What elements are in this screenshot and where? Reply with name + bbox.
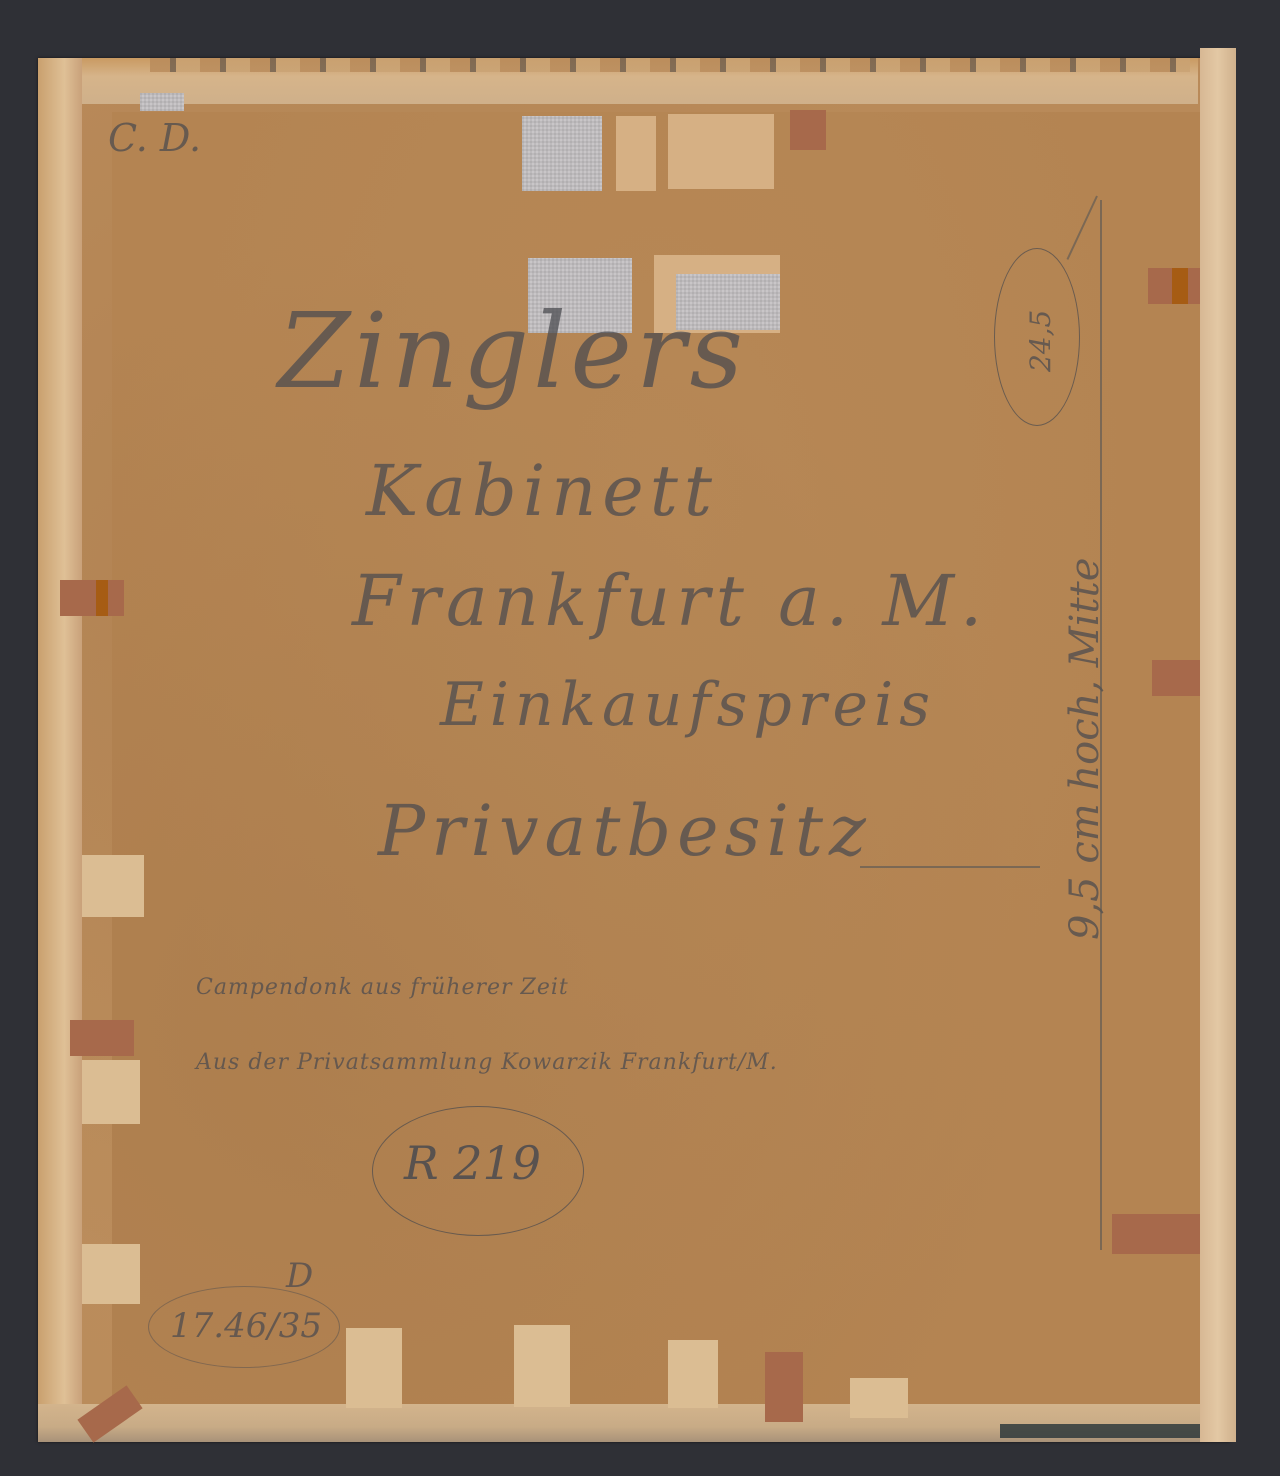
tape-residue-bottom-1	[346, 1328, 402, 1408]
brown-tape-right-3	[1112, 1214, 1200, 1254]
inscription-zinglers: Zinglers	[278, 290, 747, 412]
inscription-privatbesitz: Privatbesitz	[378, 790, 872, 872]
tape-residue-2	[668, 114, 774, 189]
left-edge	[38, 58, 82, 1442]
tape-residue-1	[616, 116, 656, 191]
top-edge-damage	[150, 58, 1190, 72]
gauze-tape-corner	[140, 93, 184, 111]
inscription-kabinett: Kabinett	[366, 450, 718, 532]
gauze-tape-1	[522, 116, 602, 191]
brown-tape-right-2	[1152, 660, 1200, 696]
tape-residue-bottom-4	[850, 1378, 908, 1418]
tape-residue-left-3	[82, 1244, 140, 1304]
amber-tape-left-1	[96, 580, 108, 616]
tape-residue-bottom-2	[514, 1325, 570, 1407]
inscription-frankfurt: Frankfurt a. M.	[352, 560, 988, 642]
inventory-mark: D	[286, 1256, 313, 1296]
underline-privatbesitz	[860, 866, 1040, 868]
bottom-edge-dark-strip	[1000, 1424, 1200, 1438]
brown-tape-bottom	[765, 1352, 803, 1422]
brown-tape-top	[790, 110, 826, 150]
brown-tape-left-1	[60, 580, 124, 616]
brown-tape-left-2	[70, 1020, 134, 1056]
tape-residue-left-2	[82, 1060, 140, 1124]
tape-residue-bottom-3	[668, 1340, 718, 1408]
right-wood-strip	[1200, 48, 1236, 1442]
right-arrow-line	[1100, 200, 1102, 1250]
inventory-number: 17.46/35	[170, 1306, 322, 1346]
note-line-2: Aus der Privatsammlung Kowarzik Frankfur…	[196, 1050, 778, 1075]
right-circled-value: 24,5	[1024, 310, 1057, 372]
circled-code: R 219	[404, 1136, 541, 1190]
tape-residue-left-1	[82, 855, 144, 917]
note-line-1: Campendonk aus früherer Zeit	[196, 975, 569, 1000]
initials-inscription: C. D.	[108, 116, 201, 160]
inscription-einkaufspreis: Einkaufspreis	[440, 670, 936, 740]
amber-tape-right-1	[1172, 268, 1188, 304]
